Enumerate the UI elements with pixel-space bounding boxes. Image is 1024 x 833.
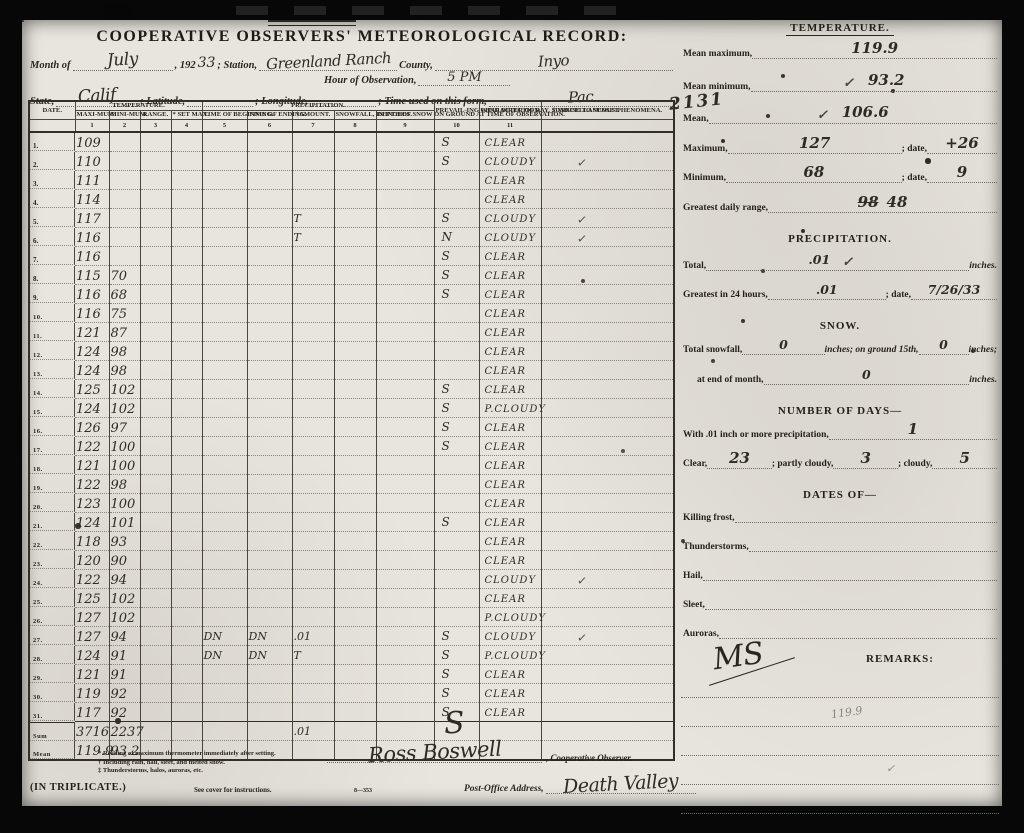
- time_beg-cell: [202, 551, 247, 570]
- table-row: 20.123100Clear: [29, 494, 674, 513]
- depth-cell: [376, 703, 434, 722]
- snowfall-cell: [334, 342, 376, 361]
- time_beg-cell: [202, 418, 247, 437]
- remarks-line: 119.9: [681, 698, 999, 727]
- snowfall-cell: [334, 209, 376, 228]
- range-cell: [140, 342, 171, 361]
- month-field: July: [73, 50, 173, 71]
- min-cell: [109, 152, 140, 171]
- summary-panel: TEMPERATURE. Mean maximum, 119.9 Mean mi…: [677, 22, 1003, 814]
- snowfall-cell: [334, 132, 376, 152]
- minimum-date-value: 9: [957, 163, 967, 181]
- min-cell: 102: [109, 608, 140, 627]
- amount-cell: T: [292, 646, 334, 665]
- set_max-cell: [171, 361, 202, 380]
- greatest-range-value: 48: [887, 193, 908, 211]
- misc-cell: ✓: [541, 627, 674, 646]
- snowfall-cell: [334, 380, 376, 399]
- snowfall-cell: [334, 285, 376, 304]
- min-cell: 93: [109, 532, 140, 551]
- time_beg-cell: [202, 532, 247, 551]
- amount-cell: [292, 190, 334, 209]
- observer-title: , Cooperative Observer.: [542, 753, 632, 763]
- date-cell: 6.: [30, 228, 75, 246]
- misc-cell: [541, 494, 674, 513]
- date-cell: 26.: [30, 608, 75, 626]
- county-field: Inyo: [435, 52, 673, 71]
- time_beg-cell: DN: [202, 627, 247, 646]
- column-number-row: 1 2 3 4 5 6 7 8 9 10 11: [29, 120, 674, 133]
- time_end-cell: [247, 475, 292, 494]
- range-cell: [140, 513, 171, 532]
- time_end-cell: [247, 190, 292, 209]
- set_max-cell: [171, 171, 202, 190]
- station-label: ; Station,: [215, 60, 259, 71]
- misc-cell: [541, 513, 674, 532]
- set_max-cell: [171, 665, 202, 684]
- set_max-cell: [171, 494, 202, 513]
- instructions-note: See cover for instructions.: [194, 786, 272, 794]
- max-cell: 111: [75, 171, 109, 190]
- date-cell: 4.: [30, 190, 75, 208]
- misc-cell: [541, 418, 674, 437]
- range-cell: [140, 589, 171, 608]
- time_beg-cell: [202, 247, 247, 266]
- snow-mid-label: inches; on ground 15th,: [825, 345, 919, 355]
- time_end-cell: [247, 247, 292, 266]
- auroras-line: Auroras,: [683, 629, 997, 639]
- range-cell: [140, 437, 171, 456]
- wind-cell: [434, 589, 479, 608]
- snow-end-line: at end of month, 0 inches.: [683, 372, 997, 385]
- wind-cell: [434, 475, 479, 494]
- remarks-line: [681, 669, 999, 698]
- set_max-cell: [171, 380, 202, 399]
- misc-cell: ✓: [541, 570, 674, 589]
- amount-cell: [292, 437, 334, 456]
- depth-cell: [376, 132, 434, 152]
- sleet-line: Sleet,: [683, 600, 997, 610]
- misc-cell: [541, 684, 674, 703]
- character-cell: Cloudy: [479, 209, 541, 228]
- min-cell: 101: [109, 513, 140, 532]
- depth-cell: [376, 418, 434, 437]
- amount-cell: [292, 456, 334, 475]
- table-header: DATE. TEMPERATURE. PRECIPITATION. PREVAI…: [29, 101, 674, 132]
- time_end-cell: [247, 608, 292, 627]
- min-cell: 98: [109, 475, 140, 494]
- time_beg-cell: [202, 266, 247, 285]
- thunderstorms-line: Thunderstorms,: [683, 542, 997, 552]
- date-cell: 15.: [30, 399, 75, 417]
- depth-cell: [376, 570, 434, 589]
- snowfall-cell: [334, 494, 376, 513]
- time_end-cell: [247, 380, 292, 399]
- time_end-cell: [247, 342, 292, 361]
- max-cell: 121: [75, 665, 109, 684]
- range-cell: [140, 209, 171, 228]
- min-cell: 97: [109, 418, 140, 437]
- amount-cell: [292, 399, 334, 418]
- max-cell: 119: [75, 684, 109, 703]
- remarks-section: MS REMARKS: 119.9 ✓: [677, 653, 1003, 814]
- character-cell: P.Cloudy: [479, 646, 541, 665]
- col-date: DATE.: [29, 101, 75, 120]
- time_beg-cell: [202, 494, 247, 513]
- misc-cell: [541, 399, 674, 418]
- snow-end-suffix: inches.: [969, 375, 997, 385]
- remarks-line: ✓: [681, 756, 999, 785]
- amount-cell: [292, 266, 334, 285]
- character-cell: Clear: [479, 684, 541, 703]
- wind-cell: S: [434, 152, 479, 171]
- min-cell: 87: [109, 323, 140, 342]
- min-cell: [109, 228, 140, 247]
- min-cell: 75: [109, 304, 140, 323]
- wind-cell: S: [434, 513, 479, 532]
- greatest-range-crossed: 98: [858, 193, 879, 211]
- observation-table: DATE. TEMPERATURE. PRECIPITATION. PREVAI…: [28, 100, 675, 761]
- depth-cell: [376, 342, 434, 361]
- snowfall-cell: [334, 228, 376, 247]
- col-set-max: * SET MAX.: [171, 111, 202, 120]
- faint-check-mark: ✓: [886, 762, 895, 775]
- amount-cell: [292, 684, 334, 703]
- precip-total-label: Total,: [683, 261, 706, 271]
- time_end-cell: [247, 722, 292, 741]
- time_end-cell: [247, 665, 292, 684]
- amount-cell: [292, 532, 334, 551]
- set_max-cell: [171, 190, 202, 209]
- mean-maximum-value: 119.9: [851, 39, 898, 57]
- wind-cell: [434, 608, 479, 627]
- depth-cell: [376, 266, 434, 285]
- snow-ground-field: 0: [919, 342, 969, 355]
- time_end-cell: [247, 361, 292, 380]
- col-snowfall: SNOWFALL, IN INCHES.: [334, 111, 376, 120]
- table-row: 7.116SClear: [29, 247, 674, 266]
- snowfall-cell: [334, 722, 376, 741]
- snowfall-cell: [334, 627, 376, 646]
- depth-cell: [376, 323, 434, 342]
- date-cell: 7.: [30, 247, 75, 265]
- table-row: 9.11668SClear: [29, 285, 674, 304]
- mean-minimum-field: ✓93.2: [751, 76, 997, 92]
- max-cell: 127: [75, 608, 109, 627]
- depth-cell: [376, 627, 434, 646]
- wind-cell: S: [434, 285, 479, 304]
- range-cell: [140, 132, 171, 152]
- amount-cell: [292, 132, 334, 152]
- wind-cell: [434, 361, 479, 380]
- table-row: 14.125102SClear: [29, 380, 674, 399]
- character-cell: Clear: [479, 665, 541, 684]
- wind-cell: [434, 323, 479, 342]
- max-cell: 124: [75, 646, 109, 665]
- set_max-cell: [171, 285, 202, 304]
- min-cell: 100: [109, 437, 140, 456]
- days-cloudy-field: 5: [932, 456, 997, 469]
- table-row: 5.117TSCloudy✓: [29, 209, 674, 228]
- time_end-cell: [247, 228, 292, 247]
- snowfall-cell: [334, 323, 376, 342]
- character-cell: Cloudy: [479, 228, 541, 247]
- time_beg-cell: [202, 171, 247, 190]
- min-cell: 102: [109, 380, 140, 399]
- misc-cell: [541, 589, 674, 608]
- scan-speckles: [22, 20, 24, 22]
- faint-pencil-note: 119.9: [830, 704, 863, 721]
- snowfall-cell: [334, 475, 376, 494]
- misc-cell: [541, 532, 674, 551]
- hour-value: 5 PM: [447, 70, 481, 85]
- date-cell: 8.: [30, 266, 75, 284]
- min-cell: 102: [109, 589, 140, 608]
- time_end-cell: [247, 570, 292, 589]
- precip-greatest-field: .01: [768, 287, 886, 300]
- range-cell: [140, 266, 171, 285]
- snowfall-cell: [334, 171, 376, 190]
- amount-cell: [292, 342, 334, 361]
- date-cell: 28.: [30, 646, 75, 664]
- table-row: 3.111Clear: [29, 171, 674, 190]
- amount-cell: .01: [292, 722, 334, 741]
- depth-cell: [376, 665, 434, 684]
- signature-block: Ross Boswell , Cooperative Observer.: [327, 746, 672, 763]
- remarks-line: [681, 727, 999, 756]
- snowfall-cell: [334, 399, 376, 418]
- station-field: Greenland Ranch: [259, 52, 397, 71]
- date-cell: 18.: [30, 456, 75, 474]
- time_beg-cell: [202, 456, 247, 475]
- minimum-label: Minimum,: [683, 173, 726, 183]
- max-cell: 116: [75, 247, 109, 266]
- min-cell: 94: [109, 570, 140, 589]
- min-cell: 68: [109, 285, 140, 304]
- set_max-cell: [171, 570, 202, 589]
- time_beg-cell: [202, 665, 247, 684]
- table-row: 10.11675Clear: [29, 304, 674, 323]
- character-cell: Clear: [479, 190, 541, 209]
- date-cell: 30.: [30, 684, 75, 702]
- min-cell: 100: [109, 456, 140, 475]
- days-precip-field: 1: [829, 427, 997, 440]
- table-row: 27.12794DNDN.01SCloudy✓: [29, 627, 674, 646]
- wind-cell: S: [434, 646, 479, 665]
- max-cell: 127: [75, 627, 109, 646]
- range-cell: [140, 323, 171, 342]
- col-time-beg: TIME OF BEGINNING.: [202, 111, 247, 120]
- set_max-cell: [171, 209, 202, 228]
- date-cell: 14.: [30, 380, 75, 398]
- misc-cell: [541, 247, 674, 266]
- set_max-cell: [171, 132, 202, 152]
- max-cell: 117: [75, 703, 109, 722]
- max-cell: 116: [75, 285, 109, 304]
- wind-cell: S: [434, 247, 479, 266]
- max-cell: 125: [75, 589, 109, 608]
- amount-cell: [292, 703, 334, 722]
- snowfall-cell: [334, 589, 376, 608]
- snowfall-cell: [334, 684, 376, 703]
- precip-greatest-label: Greatest in 24 hours,: [683, 290, 768, 300]
- min-cell: 91: [109, 646, 140, 665]
- max-cell: 115: [75, 266, 109, 285]
- time_end-cell: [247, 399, 292, 418]
- observation-rows: 1.109SClear2.110SCloudy✓3.111Clear4.114C…: [29, 132, 674, 760]
- depth-cell: [376, 171, 434, 190]
- days-precip-line: With .01 inch or more precipitation, 1: [683, 427, 997, 440]
- table-row: 30.11992SClear: [29, 684, 674, 703]
- time_beg-cell: [202, 380, 247, 399]
- time_beg-cell: [202, 703, 247, 722]
- cut-off-header-remnant: [210, 6, 640, 15]
- time_end-cell: [247, 304, 292, 323]
- minimum-value: 68: [803, 163, 824, 181]
- snow-end-value: 0: [862, 367, 871, 382]
- range-cell: [140, 380, 171, 399]
- maximum-line: Maximum, 127 ; date, +26: [683, 141, 997, 154]
- character-cell: Clear: [479, 285, 541, 304]
- max-cell: 118: [75, 532, 109, 551]
- maximum-field: 127: [728, 141, 902, 154]
- range-cell: [140, 494, 171, 513]
- min-cell: 70: [109, 266, 140, 285]
- table-row: 29.12191SClear: [29, 665, 674, 684]
- max-cell: 122: [75, 570, 109, 589]
- misc-cell: [541, 475, 674, 494]
- date-cell: 21.: [30, 513, 75, 531]
- wind-cell: S: [434, 209, 479, 228]
- character-cell: Clear: [479, 361, 541, 380]
- wind-cell: [434, 304, 479, 323]
- date-cell: 23.: [30, 551, 75, 569]
- range-cell: [140, 570, 171, 589]
- snow-ground-value: 0: [939, 337, 948, 352]
- min-cell: 90: [109, 551, 140, 570]
- misc-cell: [541, 456, 674, 475]
- time_beg-cell: [202, 132, 247, 152]
- precip-greatest-date-value: 7/26/33: [928, 282, 981, 297]
- date-cell: 1.: [30, 133, 75, 151]
- max-cell: 3716: [75, 722, 109, 741]
- range-cell: [140, 285, 171, 304]
- time_beg-cell: [202, 475, 247, 494]
- wind-cell: [434, 456, 479, 475]
- date-cell: 12.: [30, 342, 75, 360]
- wind-cell: S: [434, 437, 479, 456]
- table-row: 24.12294Cloudy✓: [29, 570, 674, 589]
- mean-minimum-value: 93.2: [868, 71, 905, 89]
- date-cell: 24.: [30, 570, 75, 588]
- post-office-block: Post-Office Address, Death Valley: [462, 778, 696, 794]
- mean-maximum-label: Mean maximum,: [683, 49, 752, 59]
- snowfall-cell: [334, 152, 376, 171]
- set_max-cell: [171, 589, 202, 608]
- amount-cell: .01: [292, 627, 334, 646]
- set_max-cell: [171, 247, 202, 266]
- time_end-cell: DN: [247, 627, 292, 646]
- wind-cell: S: [434, 399, 479, 418]
- set_max-cell: [171, 684, 202, 703]
- depth-cell: [376, 551, 434, 570]
- wind-cell: [434, 171, 479, 190]
- min-cell: 2237: [109, 722, 140, 741]
- amount-cell: [292, 494, 334, 513]
- dates-of-heading: DATES OF—: [677, 489, 1003, 501]
- days-clear-label: Clear,: [683, 459, 707, 469]
- time_beg-cell: [202, 152, 247, 171]
- table-row: 6.116TNCloudy✓: [29, 228, 674, 247]
- footnote-misc: ‡ Thunderstorms, halos, auroras, etc.: [98, 767, 368, 776]
- set_max-cell: [171, 437, 202, 456]
- wind-cell: S: [434, 266, 479, 285]
- snowfall-cell: [334, 361, 376, 380]
- time_end-cell: [247, 285, 292, 304]
- character-cell: Clear: [479, 132, 541, 152]
- table-row: 21.124101SClear: [29, 513, 674, 532]
- time_beg-cell: [202, 228, 247, 247]
- max-cell: 125: [75, 380, 109, 399]
- set_max-cell: [171, 152, 202, 171]
- table-row: 18.121100Clear: [29, 456, 674, 475]
- snow-total-label: Total snowfall,: [683, 345, 742, 355]
- minimum-line: Minimum, 68 ; date, 9: [683, 170, 997, 183]
- sleet-label: Sleet,: [683, 600, 705, 610]
- misc-cell: [541, 380, 674, 399]
- col-max: MAXI-MUM.: [75, 111, 109, 120]
- table-row: 2.110SCloudy✓: [29, 152, 674, 171]
- verification-mark: ✓: [843, 76, 854, 91]
- time_beg-cell: [202, 190, 247, 209]
- time_end-cell: [247, 703, 292, 722]
- wind-cell: S: [434, 132, 479, 152]
- range-cell: [140, 361, 171, 380]
- greatest-range-field: 9848: [768, 200, 997, 213]
- group-temperature: TEMPERATURE.: [75, 101, 202, 111]
- precip-total-suffix: inches.: [969, 261, 997, 271]
- amount-cell: [292, 361, 334, 380]
- col-range: RANGE.: [140, 111, 171, 120]
- col-time-end: TIME OF ENDING.: [247, 111, 292, 120]
- maximum-date-label: ; date,: [902, 144, 927, 154]
- amount-cell: [292, 570, 334, 589]
- range-cell: [140, 456, 171, 475]
- post-office-field: Death Valley: [546, 778, 696, 794]
- time_beg-cell: [202, 342, 247, 361]
- character-cell: Clear: [479, 418, 541, 437]
- hour-label: Hour of Observation,: [322, 75, 418, 86]
- depth-cell: [376, 228, 434, 247]
- set_max-cell: [171, 551, 202, 570]
- time_end-cell: [247, 171, 292, 190]
- misc-cell: [541, 665, 674, 684]
- max-cell: 122: [75, 437, 109, 456]
- precip-greatest-value: .01: [816, 282, 838, 297]
- triplicate-note: (IN TRIPLICATE.): [30, 782, 126, 793]
- table-row: 12.12498Clear: [29, 342, 674, 361]
- sleet-field: [705, 609, 997, 610]
- precip-total-value: .01: [808, 252, 830, 267]
- time_beg-cell: [202, 570, 247, 589]
- misc-cell: ✓: [541, 152, 674, 171]
- range-cell: [140, 228, 171, 247]
- amount-cell: [292, 380, 334, 399]
- range-cell: [140, 551, 171, 570]
- amount-cell: [292, 285, 334, 304]
- character-cell: Clear: [479, 551, 541, 570]
- mean-value: 106.6: [842, 103, 889, 121]
